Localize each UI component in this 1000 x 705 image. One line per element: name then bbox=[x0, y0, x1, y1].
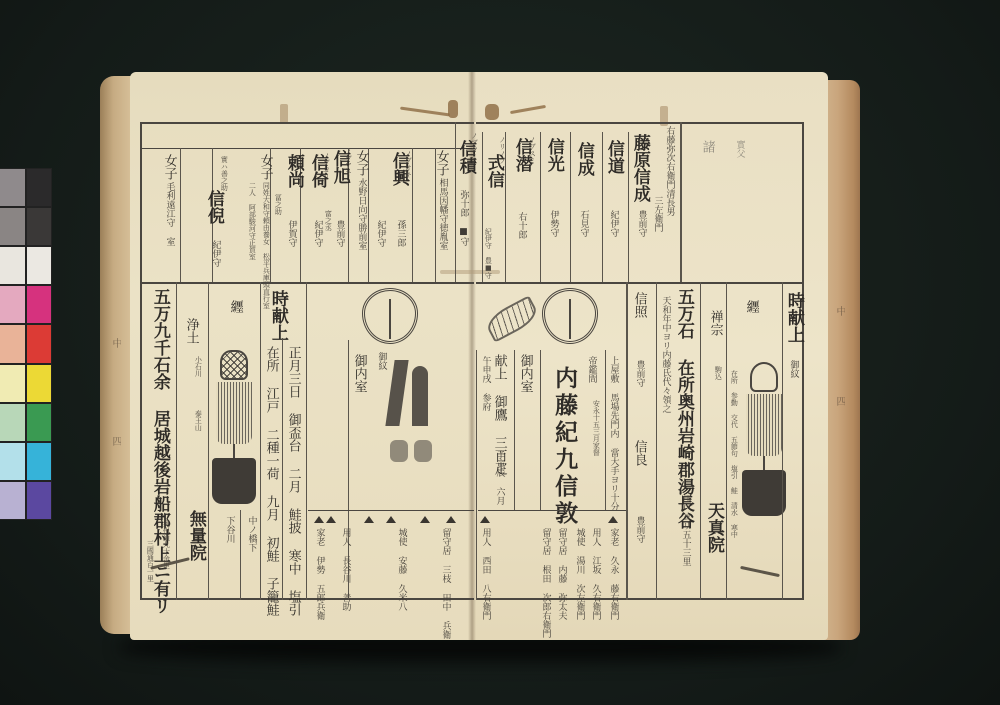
person-title: 弥十郎 ■守 bbox=[458, 190, 467, 246]
person-title: 右十郎 bbox=[516, 212, 525, 239]
marriage-note: 二人 阿部駿河守正賀室 bbox=[248, 182, 255, 260]
succession-note: 安永十五三月家督 bbox=[592, 400, 599, 456]
marriage-note: 毛利遠江守 室 bbox=[164, 182, 173, 246]
person-title: 紀伊守 豊■守 bbox=[484, 228, 491, 279]
column-rule bbox=[476, 350, 477, 600]
marker-triangle-icon bbox=[446, 516, 456, 523]
register-divider bbox=[140, 282, 474, 284]
marker-triangle-icon bbox=[326, 516, 336, 523]
name-reading: ノブオキ bbox=[404, 150, 411, 178]
distance-note: 三國通百一里 bbox=[146, 540, 153, 582]
marker-triangle-icon bbox=[480, 516, 490, 523]
color-swatch bbox=[27, 443, 52, 480]
lineage-note: 天和年中ヨリ内藤氏代々領之 bbox=[660, 296, 669, 413]
matoi-standard-illustration bbox=[210, 350, 258, 510]
marker-triangle-icon bbox=[386, 516, 396, 523]
procession-figure-icon bbox=[412, 366, 428, 426]
marker-triangle-icon bbox=[608, 516, 618, 523]
blank-box-faint-text: 諸 bbox=[700, 140, 714, 153]
family-temple: 天真院 bbox=[704, 502, 722, 553]
column-rule bbox=[680, 122, 682, 282]
column-rule bbox=[208, 282, 209, 600]
seasonal-gift-label: 時献上 bbox=[784, 292, 802, 343]
column-rule bbox=[626, 282, 628, 600]
person-title: 石見守 bbox=[578, 210, 587, 237]
religious-sect: 浄土 bbox=[184, 318, 198, 344]
person-name: 藤原信成 bbox=[630, 134, 648, 202]
name-reading: ノブヨリ bbox=[322, 152, 329, 180]
retainer-entry: 留守居 三枝 田中 兵衛 bbox=[440, 528, 449, 639]
color-swatch bbox=[27, 169, 52, 206]
person-name: 信成 bbox=[574, 142, 592, 176]
retainer-entry: 留守居 根田 次郎右衛門 bbox=[540, 528, 549, 638]
open-book: 中 四 中 四 信積 ノブツミ 弥十郎 ■守 女子 相馬因幡守徳胤室 信興 ノブ… bbox=[100, 70, 860, 642]
edge-mark-right-1: 中 bbox=[832, 306, 847, 315]
person-title: 紀伊守 bbox=[608, 210, 617, 237]
color-swatch bbox=[0, 443, 25, 480]
paper-damage bbox=[485, 104, 499, 120]
column-rule bbox=[782, 282, 783, 600]
color-swatch bbox=[0, 169, 25, 206]
header-rule bbox=[140, 148, 474, 149]
color-swatch bbox=[0, 404, 25, 441]
column-rule bbox=[700, 282, 701, 600]
matoi-standard-illustration bbox=[740, 362, 788, 522]
seasonal-gift-label: 時献上 bbox=[268, 290, 286, 341]
retainer-rule bbox=[478, 510, 626, 511]
color-swatch bbox=[0, 365, 25, 402]
name-reading: ノブスミ bbox=[528, 136, 535, 164]
column-rule bbox=[505, 132, 506, 282]
column-rule bbox=[605, 350, 606, 510]
color-swatch bbox=[0, 482, 25, 519]
residence-label: 御内室 bbox=[352, 354, 366, 393]
procession-object-icon bbox=[390, 440, 408, 462]
color-swatch bbox=[27, 365, 52, 402]
name-note: 實ハ善之助 bbox=[220, 156, 227, 191]
color-swatch bbox=[0, 325, 25, 362]
residence-label: 御内室 bbox=[518, 354, 532, 393]
column-rule bbox=[602, 132, 603, 282]
name-note: 三左衛門 bbox=[652, 196, 661, 232]
retainer-entry: 城使 湯川 次左衛門 bbox=[574, 528, 583, 620]
person-name: 女子 bbox=[434, 150, 448, 176]
color-swatch bbox=[27, 482, 52, 519]
color-swatch bbox=[0, 286, 25, 323]
color-swatch bbox=[27, 404, 52, 441]
paper-damage bbox=[448, 100, 458, 118]
name-reading: ノブアキ bbox=[344, 148, 351, 176]
column-rule bbox=[482, 132, 483, 282]
edge-mark-right-2: 四 bbox=[832, 396, 847, 405]
column-rule bbox=[260, 282, 261, 600]
person-title: 孫三郎 bbox=[395, 220, 404, 247]
person-name: 信倪 bbox=[204, 190, 222, 224]
lineage-note: 右藤弥次右衛門清長男 bbox=[664, 126, 673, 216]
person-title: 豊前守 bbox=[334, 220, 343, 247]
marriage-note: 水野日向守勝前室 bbox=[356, 178, 365, 250]
person-title: 紀伊守 bbox=[375, 220, 384, 247]
gift-entry: 子寅辰 六月 bbox=[494, 450, 503, 505]
gift-entry: 正月三日 御盃台 二月 鮭披 寒中 塩引 bbox=[286, 346, 300, 616]
gift-entry: 午申戌 参府 bbox=[480, 356, 489, 411]
name-note: 富之丞 bbox=[324, 210, 331, 231]
retainer-entry: 用人 江坂 久右衛門 bbox=[590, 528, 599, 620]
person-title: 伊勢守 bbox=[548, 210, 557, 237]
person-name: 頼尚 bbox=[284, 154, 302, 188]
person-name: 女子 bbox=[354, 150, 368, 176]
route-note: 奥州通九十余里 bbox=[162, 520, 169, 569]
temple-location: 駒込 bbox=[714, 366, 721, 380]
standard-label: 纒 bbox=[744, 300, 758, 313]
color-swatch bbox=[27, 247, 52, 284]
family-member-name: 信照 bbox=[632, 292, 646, 318]
residence-address: 上屋敷 馬場先門内 當大手ヨリ十分 bbox=[608, 356, 617, 511]
column-rule bbox=[240, 510, 241, 600]
person-title: 紀伊守 bbox=[210, 240, 219, 267]
gift-entry: 在所 江戸 二種一荷 九月 初鮭 子籠鮭 bbox=[264, 346, 278, 616]
person-name: 信光 bbox=[544, 138, 562, 172]
family-temple: 無量院 bbox=[186, 510, 204, 561]
marriage-note: 相馬因幡守徳胤室 bbox=[437, 178, 446, 250]
marker-triangle-icon bbox=[364, 516, 374, 523]
crest-label: 御紋 bbox=[376, 352, 385, 370]
retainer-entry: 用人 長谷川 善助 bbox=[340, 528, 349, 611]
color-swatch bbox=[0, 247, 25, 284]
person-name: 信道 bbox=[604, 140, 622, 174]
column-rule bbox=[282, 338, 283, 600]
crest-label: 御紋 bbox=[788, 360, 797, 378]
procession-object-icon bbox=[414, 440, 432, 462]
temple-mountain: 泰王山 bbox=[194, 410, 201, 431]
family-member-title: 豊前守 bbox=[634, 360, 643, 387]
standard-label: 纒 bbox=[228, 300, 242, 313]
retainer-entry: 用人 西田 八右衛門 bbox=[480, 528, 489, 620]
religious-sect: 禅宗 bbox=[708, 310, 722, 336]
name-note: 冨之助 bbox=[274, 194, 281, 215]
family-member-name: 信良 bbox=[632, 440, 646, 466]
blank-box-faint-text: 實父 bbox=[734, 140, 743, 158]
column-rule bbox=[306, 282, 307, 600]
retainer-rule bbox=[308, 510, 474, 511]
person-name: 女子 bbox=[258, 154, 272, 180]
retainer-entry: 家老 久永 藤右衛門 bbox=[608, 528, 617, 620]
color-calibration-chart bbox=[0, 168, 52, 520]
person-name: 女子 bbox=[162, 154, 176, 180]
color-swatch bbox=[27, 325, 52, 362]
person-title: 伊賀守 bbox=[286, 220, 295, 247]
column-rule bbox=[726, 282, 727, 600]
distance-note: 江戸ヨリ五十三里 bbox=[680, 494, 689, 566]
retainer-entry: 留守居 内藤 弥太夫 bbox=[556, 528, 565, 620]
color-swatch bbox=[27, 208, 52, 245]
register-divider bbox=[476, 282, 804, 284]
column-rule bbox=[540, 350, 541, 510]
column-rule bbox=[570, 132, 571, 282]
marker-triangle-icon bbox=[420, 516, 430, 523]
marker-triangle-icon bbox=[314, 516, 324, 523]
family-member-title: 豊前守 bbox=[634, 516, 643, 543]
column-rule bbox=[628, 132, 629, 282]
temple-location: 小石川 bbox=[194, 356, 201, 377]
edge-mark-left-2: 四 bbox=[108, 436, 123, 445]
column-rule bbox=[514, 350, 515, 510]
lord-name-heading: 内藤紀九信敦 bbox=[552, 366, 576, 528]
stipend-and-domain: 五万石 在所奥州岩崎郡湯長谷 bbox=[674, 288, 692, 529]
retainer-entry: 家老 伊勢 五郎兵衛 bbox=[314, 528, 323, 620]
paper-damage bbox=[280, 104, 288, 124]
column-rule bbox=[412, 148, 413, 282]
column-rule bbox=[176, 282, 177, 600]
lower-location: 下谷川 bbox=[224, 516, 233, 543]
person-title: 紀伊守 bbox=[312, 220, 321, 247]
color-swatch bbox=[0, 208, 25, 245]
rank-note: 帝鑑間 bbox=[586, 356, 595, 383]
column-rule bbox=[656, 282, 657, 600]
column-rule bbox=[180, 148, 181, 282]
color-swatch bbox=[27, 286, 52, 323]
lower-location: 中ノ橋下 bbox=[246, 516, 255, 552]
person-title: 豊前守 bbox=[636, 210, 645, 237]
edge-mark-left-1: 中 bbox=[108, 338, 123, 347]
retainer-entry: 城使 安藤 久米八 bbox=[396, 528, 405, 611]
gift-note: 在所 参勤 交代 五節句 塩引 鮭 清水 寒中 bbox=[730, 370, 737, 538]
column-rule bbox=[540, 132, 541, 282]
